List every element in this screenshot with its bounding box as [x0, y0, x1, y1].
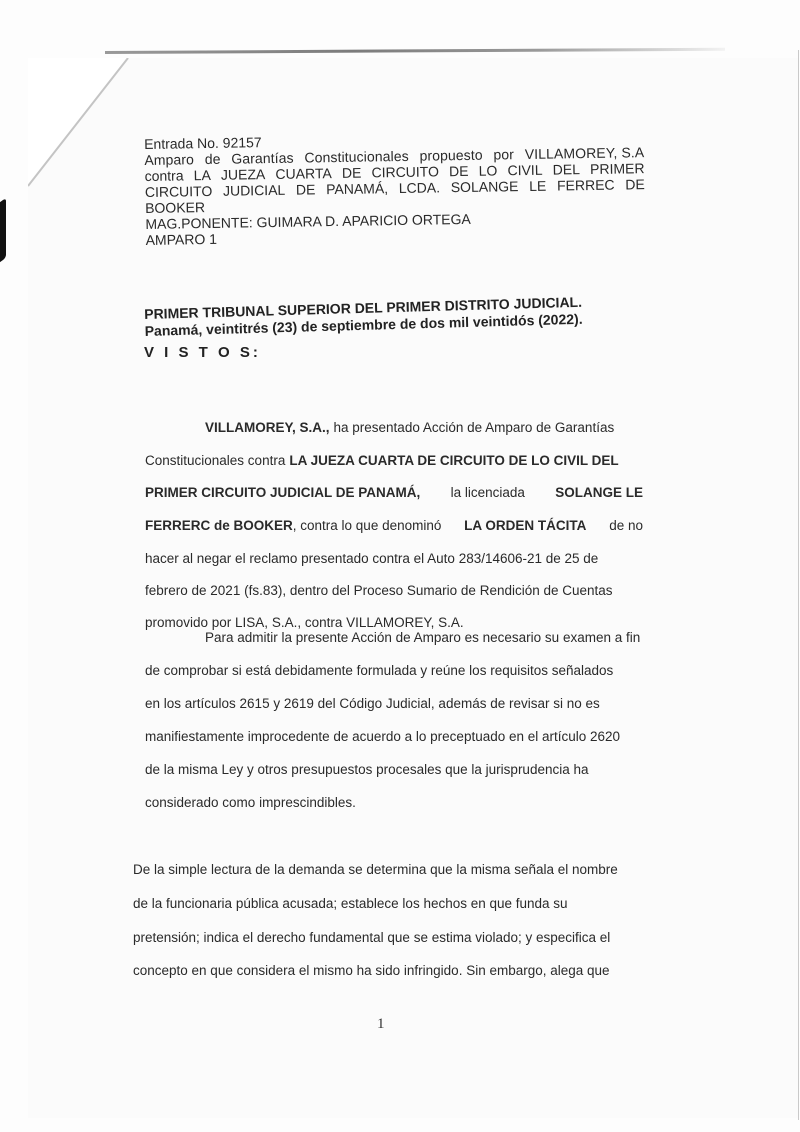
text-line: Constitucionales contra LA JUEZA CUARTA …: [145, 453, 643, 473]
text-run: de no: [609, 518, 643, 538]
text-run: ha presentado Acción de Amparo de Garant…: [334, 420, 615, 440]
text-line: pretensión; indica el derecho fundamenta…: [133, 930, 643, 950]
text-line: De la simple lectura de la demanda se de…: [133, 862, 643, 882]
text-line: en los artículos 2615 y 2619 del Código …: [145, 696, 643, 716]
text-line: FERRERC de BOOKER, contra lo que denomin…: [145, 518, 643, 538]
text-run: Constitucionales contra: [145, 453, 285, 473]
case-header: Entrada No. 92157 Amparo de Garantías Co…: [144, 128, 646, 248]
text-line: PRIMER CIRCUITO JUDICIAL DE PANAMÁ, la l…: [145, 485, 643, 505]
word: Amparo: [144, 151, 194, 168]
text-run: PRIMER CIRCUITO JUDICIAL DE PANAMÁ,: [145, 485, 420, 505]
text-run: la licenciada: [451, 485, 525, 505]
text-run: LA JUEZA CUARTA DE CIRCUITO DE LO CIVIL …: [289, 453, 618, 473]
word: CIRCUITO: [145, 183, 213, 200]
page-right-edge: [798, 50, 799, 1120]
text-run: LA ORDEN TÁCITA: [464, 518, 586, 538]
word: CIRCUITO: [371, 163, 439, 180]
text-run: FERRERC de BOOKER: [145, 518, 293, 533]
text-run: hacer al negar el reclamo presentado con…: [145, 551, 598, 571]
word: PRIMER: [590, 160, 645, 177]
word: LCDA.: [399, 179, 440, 196]
text-line: considerado como imprescindibles.: [145, 795, 643, 815]
text-line: febrero de 2021 (fs.83), dentro del Proc…: [145, 583, 643, 603]
word: LO: [479, 162, 498, 178]
word: DE: [449, 163, 469, 179]
page-number: 1: [377, 1016, 385, 1033]
word: Garantías: [231, 150, 294, 167]
word: DE: [342, 165, 362, 181]
text-run: SOLANGE LE: [555, 485, 643, 505]
word: DE: [296, 181, 316, 197]
word: de: [205, 151, 221, 167]
word: LE: [529, 178, 546, 194]
text-line: manifiestamente improcedente de acuerdo …: [145, 729, 643, 749]
text-line: hacer al negar el reclamo presentado con…: [145, 551, 643, 571]
word: CUARTA: [275, 165, 332, 182]
text-line: de la funcionaria pública acusada; estab…: [133, 896, 643, 916]
word: LA: [194, 167, 211, 183]
scan-edge-mark: [0, 198, 6, 262]
word: DE: [625, 176, 645, 192]
word: CIVIL: [507, 162, 542, 179]
text-line: Para admitir la presente Acción de Ampar…: [205, 630, 643, 650]
word: JUEZA: [221, 166, 266, 183]
word: JUDICIAL: [223, 182, 285, 199]
word: por: [493, 146, 514, 162]
word: DEL: [553, 161, 580, 177]
text-line: concepto en que considera el mismo ha si…: [133, 963, 643, 983]
word: Constitucionales: [304, 148, 409, 166]
text-run: VILLAMOREY, S.A.,: [205, 420, 330, 440]
text-run: febrero de 2021 (fs.83), dentro del Proc…: [145, 583, 613, 603]
text-line: de comprobar si está debidamente formula…: [145, 663, 643, 683]
word: contra: [145, 167, 184, 184]
vistos-heading: V I S T O S:: [144, 344, 261, 361]
text-line: VILLAMOREY, S.A., ha presentado Acción d…: [205, 420, 643, 440]
text-run: , contra lo que denominó: [293, 518, 442, 533]
text-line: de la misma Ley y otros presupuestos pro…: [145, 762, 643, 782]
word: FERREC: [557, 177, 615, 194]
word: propuesto: [419, 147, 482, 164]
word: PANAMÁ,: [326, 180, 388, 197]
word: VILLAMOREY, S.A: [525, 144, 645, 162]
word: SOLANGE: [451, 178, 519, 195]
